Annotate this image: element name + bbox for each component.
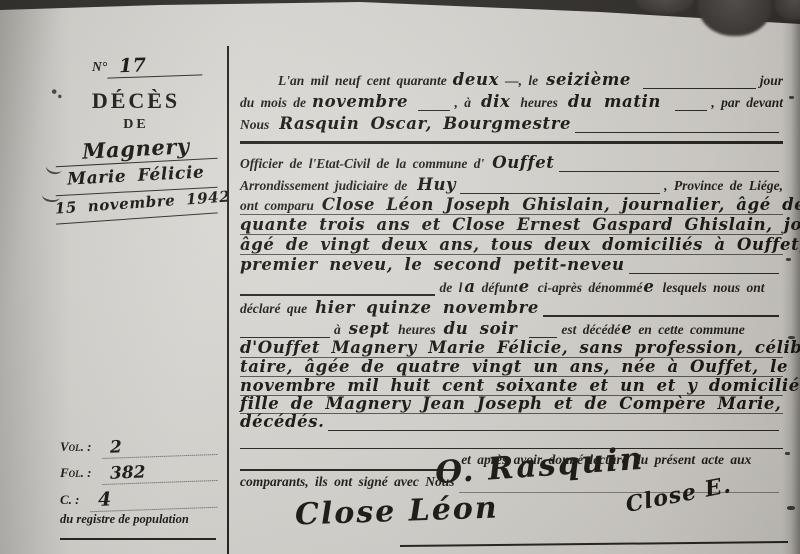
margin-of-label: DE xyxy=(55,117,217,133)
act-line-12: à sept heures du soir est décédé e en ce… xyxy=(240,319,783,338)
register-note: du registre de population xyxy=(60,512,222,527)
witness1-signature: Close Léon xyxy=(294,490,499,532)
printed-text: Nous xyxy=(240,117,269,133)
finger-top-right-3 xyxy=(774,0,800,20)
handwritten-text: novembre xyxy=(312,92,408,111)
printed-text: heures xyxy=(520,95,558,111)
fill-in-rule xyxy=(328,412,779,431)
c-value: 4 xyxy=(89,485,216,512)
handwritten-text: a xyxy=(464,277,475,296)
act-number-row: N° 17 xyxy=(92,54,202,77)
printed-text: est décédé xyxy=(561,322,620,338)
blank-ruled-line xyxy=(240,448,783,449)
folio-value: 382 xyxy=(101,460,216,485)
printed-text: lesquels nous ont xyxy=(662,280,764,296)
printed-text: déclaré que xyxy=(240,301,307,317)
printed-dash: — xyxy=(505,73,519,89)
folio-label: Fol. : xyxy=(60,465,92,481)
binding-speck xyxy=(785,452,790,455)
fill-in-rule xyxy=(240,277,435,296)
binding-speck xyxy=(787,506,795,510)
act-line-4: Officier de l'Etat-Civil de la commune d… xyxy=(240,153,783,172)
finger-top-right-1 xyxy=(636,0,694,14)
margin-title: DÉCÈS xyxy=(55,88,217,114)
act-line-2: du mois de novembre , à dix heures du ma… xyxy=(240,92,783,111)
fill-in-rule xyxy=(675,92,707,111)
volume-label: Vol. : xyxy=(60,439,92,455)
handwritten-text: quante trois ans et Close Ernest Gaspard… xyxy=(240,215,800,234)
handwritten-text: e xyxy=(621,319,632,338)
printed-text: , le xyxy=(519,73,539,89)
fill-in-rule xyxy=(575,114,779,133)
handwritten-text: premier neveu, le second petit-neveu xyxy=(240,255,625,274)
fill-in-rule xyxy=(559,153,779,172)
printed-text: heures xyxy=(398,322,436,338)
handwritten-text: Ouffet xyxy=(492,153,554,172)
handwritten-text: fille de Magnery Jean Joseph et de Compè… xyxy=(240,394,781,413)
act-line-17: décédés. xyxy=(240,412,783,431)
volume-value: 2 xyxy=(101,434,216,459)
folio-row: Fol. : 382 xyxy=(60,462,216,483)
handwritten-text: décédés. xyxy=(240,412,324,431)
act-line-13: d'Ouffet Magnery Marie Félicie, sans pro… xyxy=(240,338,783,358)
fill-in-rule xyxy=(543,298,779,317)
act-line-6: ont comparu Close Léon Joseph Ghislain, … xyxy=(240,195,783,215)
printed-text: ci-après dénommé xyxy=(538,280,643,296)
handwritten-text: hier quinze novembre xyxy=(315,298,539,317)
handwritten-text: taire, âgée de quatre vingt un ans, née … xyxy=(240,357,800,376)
act-line-16: fille de Magnery Jean Joseph et de Compè… xyxy=(240,394,783,414)
handwritten-text: Huy xyxy=(417,175,456,194)
handwritten-text: d'Ouffet Magnery Marie Félicie, sans pro… xyxy=(240,338,800,357)
fill-in-rule xyxy=(240,452,457,471)
binding-speck xyxy=(789,96,794,99)
act-line-5: Arrondissement judiciaire de Huy , Provi… xyxy=(240,175,783,194)
handwritten-text: novembre mil huit cent soixante et un et… xyxy=(240,376,800,395)
act-number-value: 17 xyxy=(107,52,203,78)
handwritten-text: e xyxy=(643,277,654,296)
printed-text: à xyxy=(334,322,341,338)
fill-in-rule xyxy=(643,70,756,89)
section-rule xyxy=(240,141,783,144)
printed-text: ont comparu xyxy=(240,198,314,214)
handwritten-text: dix xyxy=(481,92,510,111)
fill-in-rule xyxy=(240,319,330,338)
printed-text: défunt xyxy=(482,280,518,296)
margin-bottom-rule xyxy=(60,538,216,540)
act-line-1: L'an mil neuf cent quarante deux — , le … xyxy=(240,70,783,89)
printed-text: Officier de l'Etat-Civil de la commune d… xyxy=(240,156,484,172)
printed-text: , à xyxy=(454,95,471,111)
fill-in-rule xyxy=(629,255,779,274)
handwritten-text: sept xyxy=(349,319,390,338)
printed-text: du mois de xyxy=(240,95,306,111)
printed-text: L'an mil neuf cent quarante xyxy=(278,73,447,89)
act-line-9: premier neveu, le second petit-neveu xyxy=(240,255,783,274)
c-row: C. : 4 xyxy=(60,487,216,510)
death-certificate-photo: N° 17 DÉCÈS DE Magnery Marie Félicie 15 … xyxy=(0,0,800,554)
printed-text: jour xyxy=(760,73,783,89)
handwritten-text: du soir xyxy=(444,319,518,338)
margin-divider-rule xyxy=(227,46,229,554)
fill-in-rule xyxy=(529,319,557,338)
volume-row: Vol. : 2 xyxy=(60,436,216,457)
c-label: C. : xyxy=(60,492,80,508)
printed-text: comparants, ils ont signé avec Nous xyxy=(240,474,455,490)
handwritten-text: Rasquin Oscar, Bourgmestre xyxy=(279,114,571,133)
act-line-10: de l a défunt e ci-après dénommé e lesqu… xyxy=(240,277,783,296)
act-line-15: novembre mil huit cent soixante et un et… xyxy=(240,376,783,396)
handwritten-text: du matin xyxy=(568,92,661,111)
fill-in-rule xyxy=(418,92,450,111)
handwritten-text: Close Léon Joseph Ghislain, journalier, … xyxy=(322,195,800,214)
handwritten-text: seizième xyxy=(546,70,631,89)
act-line-8: âgé de vingt deux ans, tous deux domicil… xyxy=(240,235,783,255)
printed-text: en cette commune xyxy=(638,322,744,338)
printed-text: , par devant xyxy=(711,95,783,111)
act-number-label: N° xyxy=(92,59,107,75)
printed-text: , Province de Liége, xyxy=(664,178,783,194)
act-line-14: taire, âgée de quatre vingt un ans, née … xyxy=(240,357,783,377)
handwritten-text: âgé de vingt deux ans, tous deux domicil… xyxy=(240,235,800,254)
binding-speck xyxy=(786,258,791,261)
act-line-11: déclaré que hier quinze novembre xyxy=(240,298,783,317)
printed-text: Arrondissement judiciaire de xyxy=(240,178,407,194)
fill-in-rule xyxy=(460,175,660,194)
handwritten-text: deux xyxy=(453,70,499,89)
act-line-7: quante trois ans et Close Ernest Gaspard… xyxy=(240,215,783,235)
handwritten-text: e xyxy=(519,277,530,296)
act-line-3: Nous Rasquin Oscar, Bourgmestre xyxy=(240,114,783,133)
printed-text: de l xyxy=(439,280,462,296)
